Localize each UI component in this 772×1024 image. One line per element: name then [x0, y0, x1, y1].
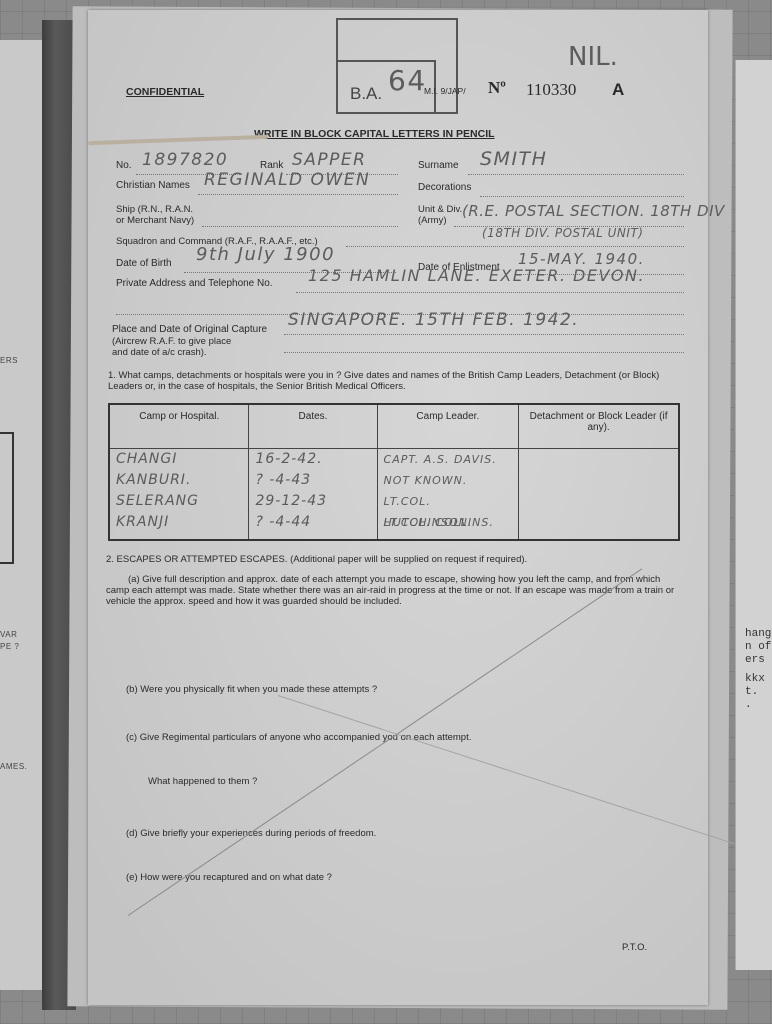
no-label: No.	[116, 160, 132, 171]
col-leader: Camp Leader.	[377, 404, 519, 449]
no-value[interactable]: 1897820	[142, 150, 228, 170]
left-fragment-text: PE ?	[0, 642, 19, 651]
dob-value[interactable]: 9th July 1900	[196, 244, 335, 265]
left-fragment-text: VAR	[0, 630, 17, 639]
section2-e: (e) How were you recaptured and on what …	[126, 872, 332, 883]
form-number: 110330	[526, 80, 576, 100]
squadron-line	[346, 246, 684, 247]
section1-question: 1. What camps, detachments or hospitals …	[108, 370, 688, 392]
col-dates: Dates.	[249, 404, 377, 449]
right-fragment-line: kkx	[745, 673, 771, 686]
adjacent-right-page	[735, 60, 772, 970]
section2-b: (b) Were you physically fit when you mad…	[126, 684, 377, 695]
camp-leader: LT.COL. COLLINS.	[378, 512, 519, 533]
ship-label: Ship (R.N., R.A.N.	[116, 204, 193, 215]
christian-names-label: Christian Names	[116, 180, 190, 191]
surname-value[interactable]: SMITH	[480, 148, 547, 170]
section2-d: (d) Give briefly your experiences during…	[126, 828, 376, 839]
camp-name: CHANGI	[110, 449, 248, 470]
address-label: Private Address and Telephone No.	[116, 278, 273, 289]
section2-c-followup: What happened to them ?	[148, 776, 257, 787]
stamp-handwritten-number: 64	[388, 64, 427, 97]
address-line	[296, 292, 684, 293]
ship-label-2: or Merchant Navy)	[116, 215, 194, 226]
classification-label: CONFIDENTIAL	[126, 86, 204, 98]
rank-value[interactable]: SAPPER	[292, 150, 366, 170]
capture-label: Place and Date of Original Capture	[112, 324, 267, 335]
unit-value-1[interactable]: (R.E. POSTAL SECTION. 18TH DIV	[462, 202, 725, 220]
camp-leader: LT.COL. HUTCHINSON.	[378, 491, 519, 512]
binding-string	[88, 135, 268, 145]
leader-cell[interactable]: CAPT. A.S. DAVIS. NOT KNOWN. LT.COL. HUT…	[377, 449, 519, 541]
dates-cell[interactable]: 16-2-42. ? -4-43 29-12-43 ? -4-44	[249, 449, 377, 541]
camps-table: Camp or Hospital. Dates. Camp Leader. De…	[108, 403, 680, 541]
left-page-table-fragment	[0, 432, 14, 564]
camp-name: KANBURI.	[110, 470, 248, 491]
camp-cell[interactable]: CHANGI KANBURI. SELERANG KRANJI	[109, 449, 249, 541]
capture-line-2	[284, 352, 684, 353]
section2-heading: 2. ESCAPES OR ATTEMPTED ESCAPES. (Additi…	[106, 554, 527, 565]
ship-line	[202, 226, 398, 227]
unit-value-2[interactable]: (18TH DIV. POSTAL UNIT)	[482, 226, 643, 240]
surname-line	[468, 174, 684, 175]
left-fragment-text: AMES.	[0, 762, 27, 771]
christian-names-value[interactable]: REGINALD OWEN	[204, 170, 370, 190]
capture-label-2: (Aircrew R.A.F. to give place	[112, 336, 231, 347]
number-label: Nº	[488, 78, 506, 98]
col-detachment: Detachment or Block Leader (if any).	[519, 404, 679, 449]
unit-label-2: (Army)	[418, 215, 447, 226]
camp-leader: NOT KNOWN.	[378, 470, 519, 491]
right-fragment-line: n of	[745, 641, 771, 654]
capture-line	[284, 334, 684, 335]
right-fragment-line: hang	[745, 628, 771, 641]
camp-name: KRANJI	[110, 512, 248, 533]
corner-annotation: NIL.	[568, 42, 618, 72]
detachment-cell[interactable]	[519, 449, 679, 541]
camp-date: ? -4-43	[249, 470, 376, 491]
stamp-printed-text: B.A.	[350, 84, 382, 104]
address-value[interactable]: 125 HAMLIN LANE. EXETER. DEVON.	[308, 266, 645, 285]
pto-label: P.T.O.	[622, 942, 647, 953]
surname-label: Surname	[418, 160, 459, 171]
decorations-line	[480, 196, 684, 197]
col-camp: Camp or Hospital.	[109, 404, 249, 449]
camps-table-body: CHANGI KANBURI. SELERANG KRANJI 16-2-42.…	[109, 449, 679, 541]
left-fragment-text: ERS	[0, 356, 18, 365]
dob-label: Date of Birth	[116, 258, 172, 269]
camp-date: ? -4-44	[249, 512, 376, 533]
pow-questionnaire-page: B.A. 64 CONFIDENTIAL M.I. 9/JAP/ Nº 1103…	[88, 10, 708, 1005]
form-suffix: A	[612, 80, 624, 100]
right-fragment-line: t.	[745, 686, 771, 699]
right-fragment-line: ers	[745, 654, 771, 667]
right-fragment-line: .	[745, 699, 771, 712]
registry-stamp: B.A. 64	[336, 18, 458, 114]
camp-date: 29-12-43	[249, 491, 376, 512]
unit-label: Unit & Div.	[418, 204, 462, 215]
fold-crease	[278, 695, 735, 844]
reference-prefix: M.I. 9/JAP/	[424, 86, 466, 96]
right-fragment-text: hang n of ers kkx t. .	[745, 628, 771, 712]
camp-name: SELERANG	[110, 491, 248, 512]
camp-date: 16-2-42.	[249, 449, 376, 470]
instruction-heading: WRITE IN BLOCK CAPITAL LETTERS IN PENCIL	[254, 128, 495, 140]
christian-names-line	[198, 194, 398, 195]
capture-label-3: and date of a/c crash).	[112, 347, 207, 358]
camp-leader: CAPT. A.S. DAVIS.	[378, 449, 519, 470]
capture-value[interactable]: SINGAPORE. 15TH FEB. 1942.	[288, 310, 579, 330]
decorations-label: Decorations	[418, 182, 471, 193]
